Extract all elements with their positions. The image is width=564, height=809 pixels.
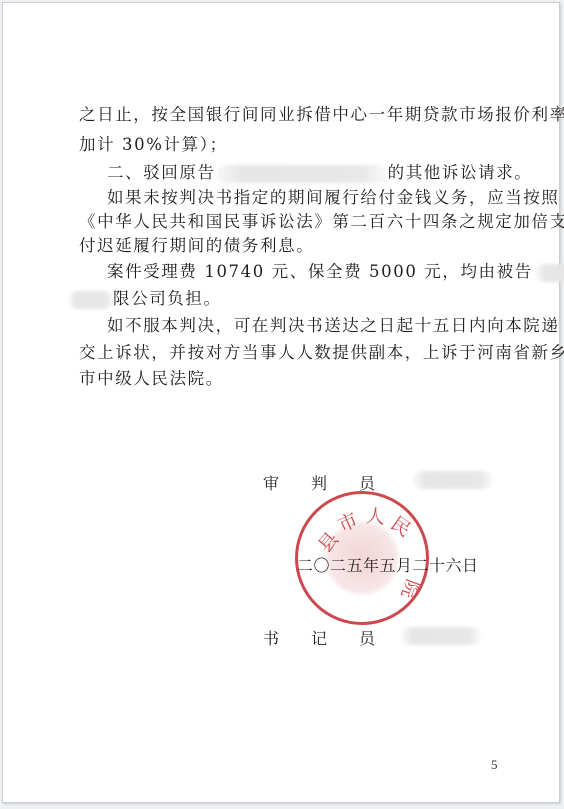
redacted-defendant-name-cont [69, 291, 113, 309]
body-line-4: 如果未按判决书指定的期间履行给付金钱义务，应当按照 [107, 188, 560, 208]
body-line-9: 如不服本判决，可在判决书送达之日起十五日内向本院递 [107, 316, 560, 336]
redacted-judge-name [413, 471, 493, 489]
redacted-clerk-name [401, 627, 481, 645]
body-line-8: 限公司负担。 [69, 289, 222, 309]
body-line-6: 付迟延履行期间的债务利息。 [79, 236, 314, 256]
body-line-7: 案件受理费 10740 元、保全费 5000 元，均由被告 [107, 262, 564, 282]
body-line-1: 之日止，按全国银行间同业拆借中心一年期贷款市场报价利率 [79, 105, 564, 125]
judgment-date: 二〇二五年五月二十六日 [297, 553, 479, 576]
seal-char: 人 [365, 501, 386, 530]
seal-char: 院 [396, 576, 428, 603]
clerk-label: 书记员 [263, 626, 407, 649]
dismiss-claim-prefix: 二、驳回原告 [107, 163, 216, 182]
document-page: 之日止，按全国银行间同业拆借中心一年期贷款市场报价利率 加计 30%计算）； 二… [2, 2, 560, 803]
page-number: 5 [491, 757, 498, 773]
body-line-10: 交上诉状，并按对方当事人人数提供副本，上诉于河南省新乡 [79, 343, 564, 363]
dismiss-claim-suffix: 的其他诉讼请求。 [388, 163, 533, 182]
judge-label: 审判员 [263, 471, 407, 494]
body-line-11: 市中级人民法院。 [79, 369, 224, 389]
redacted-defendant-name [535, 264, 564, 282]
redacted-plaintiff-name [216, 165, 388, 183]
body-line-5: 《中华人民共和国民事诉讼法》第二百六十四条之规定加倍支 [79, 212, 564, 232]
fee-burden-text: 限公司负担。 [113, 289, 222, 308]
body-line-3: 二、驳回原告的其他诉讼请求。 [107, 163, 532, 183]
body-line-2: 加计 30%计算）； [79, 135, 228, 155]
fee-text: 案件受理费 10740 元、保全费 5000 元，均由被告 [107, 262, 533, 281]
